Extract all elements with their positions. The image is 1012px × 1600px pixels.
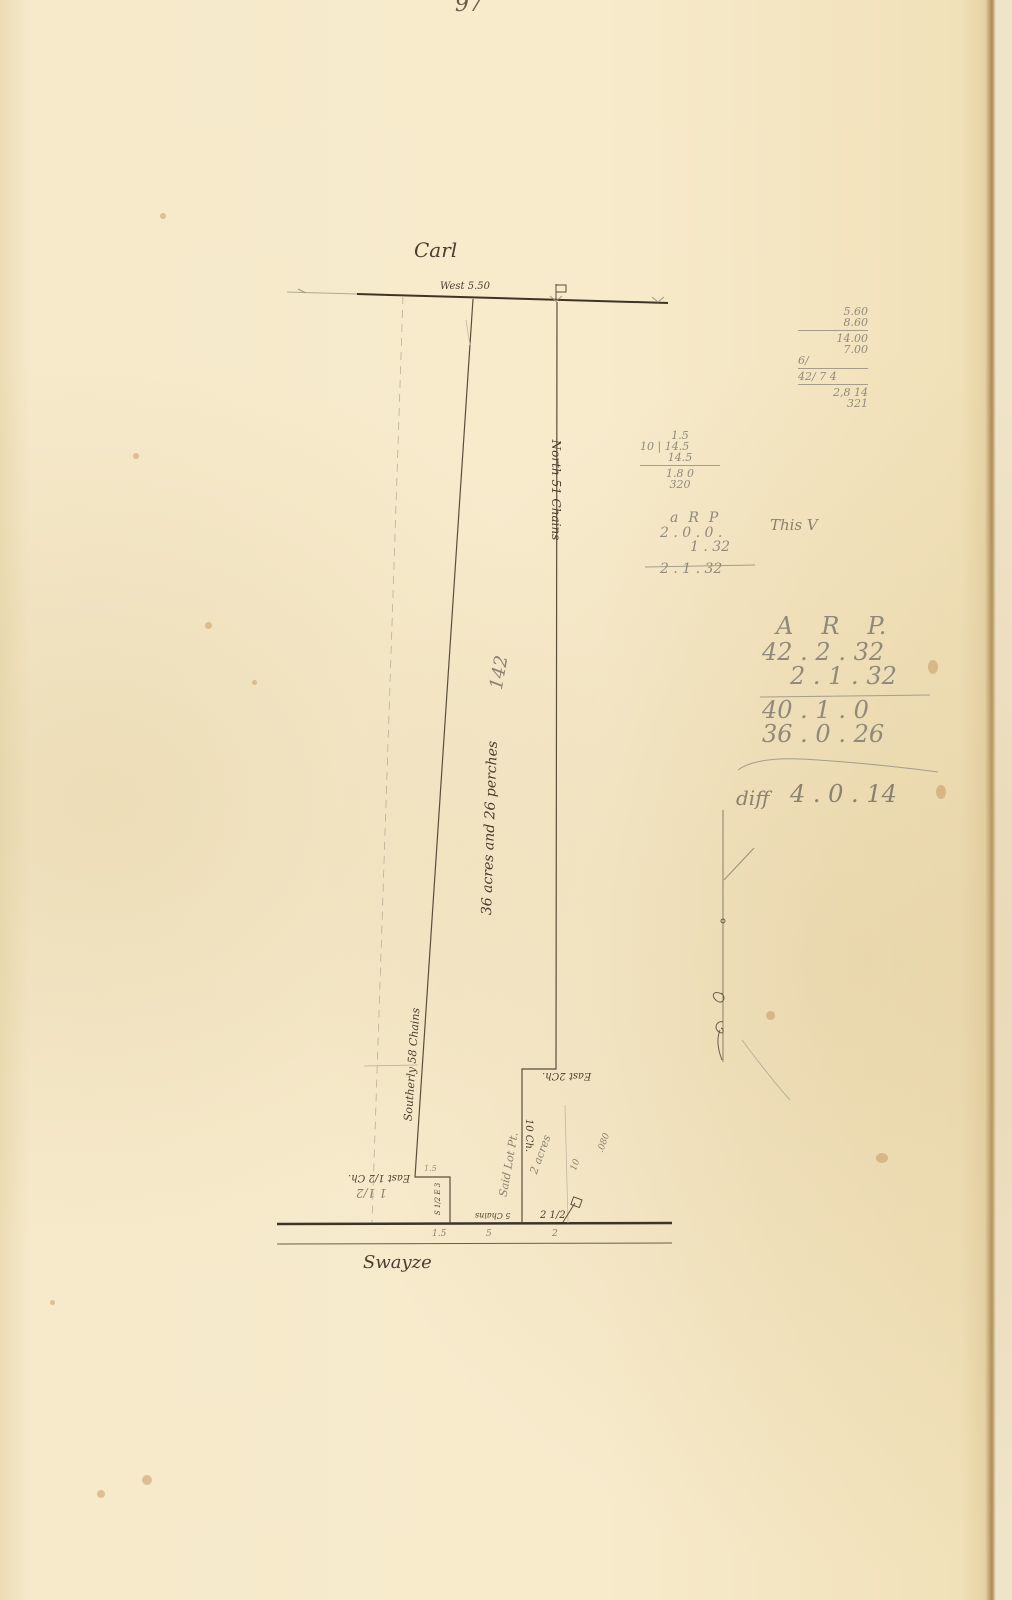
arp-header: A xyxy=(776,612,793,640)
calc-line: 14.5 xyxy=(640,452,720,463)
calc-line: 8.60 xyxy=(798,317,868,328)
diff-label: diff xyxy=(736,786,769,810)
calc-line: 320 xyxy=(640,479,720,490)
east-segment-label: 10 Ch. xyxy=(523,1119,534,1152)
south-pencil-b: 5 xyxy=(486,1229,492,1239)
diff-value: 4 . 0 . 14 xyxy=(790,780,897,808)
jog-east-label: East 2Ch. xyxy=(542,1070,591,1081)
arp-row: 1 . 32 xyxy=(660,540,730,554)
east-bearing: North 51 Chains xyxy=(549,430,563,550)
arp-header: P xyxy=(709,510,718,526)
sum-column-calc: 5.60 8.60 14.00 7.00 6/ 42/ 7 4 2,8 14 3… xyxy=(798,306,868,409)
south-corner-label: 2 1/2 xyxy=(540,1210,566,1221)
jog-west-pencil: 1 1/2 xyxy=(356,1186,387,1200)
calc-line: 6/ xyxy=(798,355,868,366)
arp-header: R xyxy=(821,612,839,640)
calc-line: 42/ 7 4 xyxy=(798,371,868,382)
top-bearing: West 5.50 xyxy=(440,281,490,292)
south-pencil-c: 2 xyxy=(552,1229,558,1239)
arp-small-note: This V xyxy=(770,516,818,534)
arp-subtotal: 36 . 0 . 26 xyxy=(762,722,897,746)
arp-main-calc: A R P. 42 . 2 . 32 2 . 1 . 32 40 . 1 . 0… xyxy=(762,612,897,746)
arp-header: a xyxy=(670,510,678,526)
arp-row: 42 . 2 . 32 xyxy=(762,640,897,664)
arp-row: 2 . 1 . 32 xyxy=(762,664,897,688)
south-road-label: Swayze xyxy=(363,1252,432,1273)
survey-page: 97 Carl Swayze xyxy=(0,0,1012,1600)
arp-row: 2 . 0 . 0 . xyxy=(660,526,730,540)
arp-subtotal: 40 . 1 . 0 xyxy=(762,698,897,722)
calc-line: 321 xyxy=(798,398,868,409)
arp-header: P. xyxy=(867,612,886,640)
division-calc: 1.5 10 | 14.5 14.5 1.8 0 320 xyxy=(640,430,720,490)
south-small-a: 1.5 xyxy=(424,1164,437,1173)
south-small-b: S 1/2 E 3 xyxy=(434,1183,442,1215)
arp-small-calc: a R P 2 . 0 . 0 . 1 . 32 2 . 1 . 32 xyxy=(660,510,730,576)
arp-header: R xyxy=(688,510,699,526)
south-pencil-a: 1.5 xyxy=(432,1229,446,1239)
south-chains-label: 5 Chains xyxy=(475,1211,511,1220)
jog-west-label: East 1/2 Ch. xyxy=(348,1172,410,1183)
arp-total: 2 . 1 . 32 xyxy=(660,562,730,576)
north-road-label: Carl xyxy=(414,238,457,262)
